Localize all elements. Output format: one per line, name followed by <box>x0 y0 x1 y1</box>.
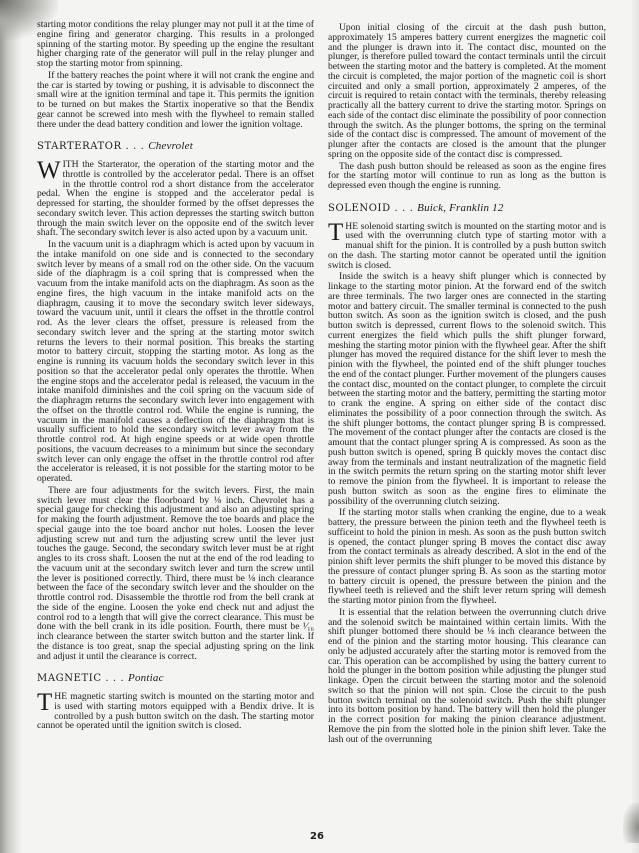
section-title: MAGNETIC . . . <box>37 673 124 684</box>
paragraph: If the starting motor stalls when cranki… <box>328 508 606 606</box>
paragraph: THE magnetic starting switch is mounted … <box>37 692 314 731</box>
section-make: Buick, Franklin 12 <box>417 202 503 214</box>
paragraph: It is essential that the relation betwee… <box>328 608 606 745</box>
drop-cap: T <box>328 222 343 242</box>
section-title: STARTERATOR . . . <box>37 141 144 152</box>
page-edge <box>631 0 639 853</box>
paragraph: starting motor conditions the relay plun… <box>37 20 314 69</box>
paragraph: The dash push button should be released … <box>328 162 606 191</box>
corner-smudge-bottom-right <box>623 803 639 843</box>
paragraph-text: solenoid starting switch is mounted on t… <box>328 221 606 271</box>
left-column: starting motor conditions the relay plun… <box>37 20 314 733</box>
section-heading-magnetic: MAGNETIC . . . Pontiac <box>37 674 314 684</box>
paragraph: In the vacuum unit is a diaphragm which … <box>37 240 314 484</box>
paragraph: If the battery reaches the point where i… <box>37 71 314 130</box>
section-title: SOLENOID . . . <box>328 203 413 214</box>
right-column: Upon initial closing of the circuit at t… <box>328 23 606 746</box>
section-heading-solenoid: SOLENOID . . . Buick, Franklin 12 <box>328 204 606 214</box>
paragraph: Inside the switch is a heavy shift plung… <box>328 272 606 506</box>
paragraph: Upon initial closing of the circuit at t… <box>328 23 606 160</box>
binding-shadow <box>0 0 22 853</box>
paragraph: THE solenoid starting switch is mounted … <box>328 222 606 271</box>
page-number: 26 <box>310 831 324 842</box>
section-make: Chevrolet <box>148 140 193 152</box>
paragraph: WITH the Starterator, the operation of t… <box>37 160 314 238</box>
paragraph-text: the Starterator, the operation of the st… <box>37 159 314 238</box>
drop-cap: W <box>37 160 61 180</box>
scanned-page: starting motor conditions the relay plun… <box>0 0 639 853</box>
section-heading-starterator: STARTERATOR . . . Chevrolet <box>37 142 314 152</box>
paragraph-text: magnetic starting switch is mounted on t… <box>37 691 314 731</box>
drop-cap: T <box>37 692 52 712</box>
section-make: Pontiac <box>128 672 164 684</box>
paragraph: There are four adjustments for the switc… <box>37 486 314 662</box>
